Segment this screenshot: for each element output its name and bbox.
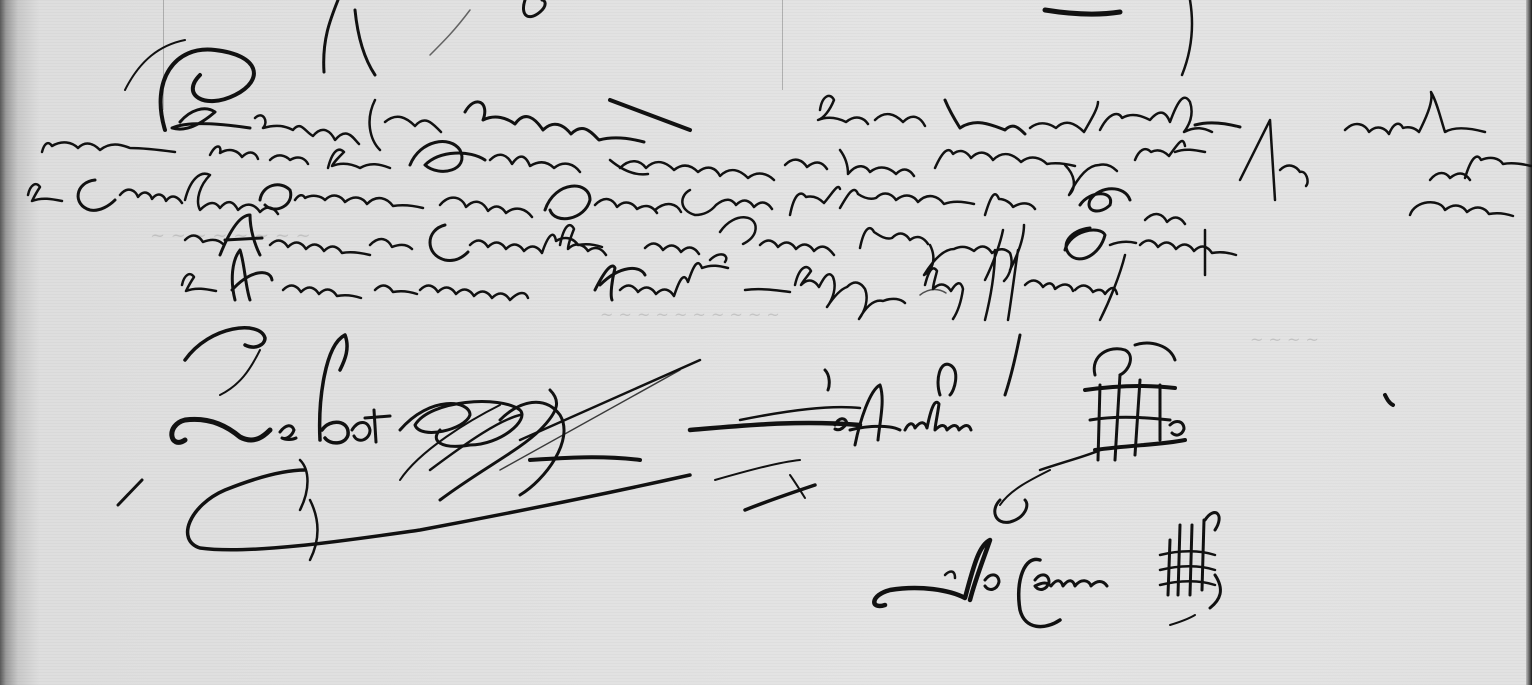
document-page: ~ ~ ~ ~ ~ ~ ~ ~ ~ ~ ~ ~ ~ ~ ~ ~ ~ ~ ~ ~ … [0, 0, 1532, 685]
handwriting-ink [0, 0, 1532, 685]
